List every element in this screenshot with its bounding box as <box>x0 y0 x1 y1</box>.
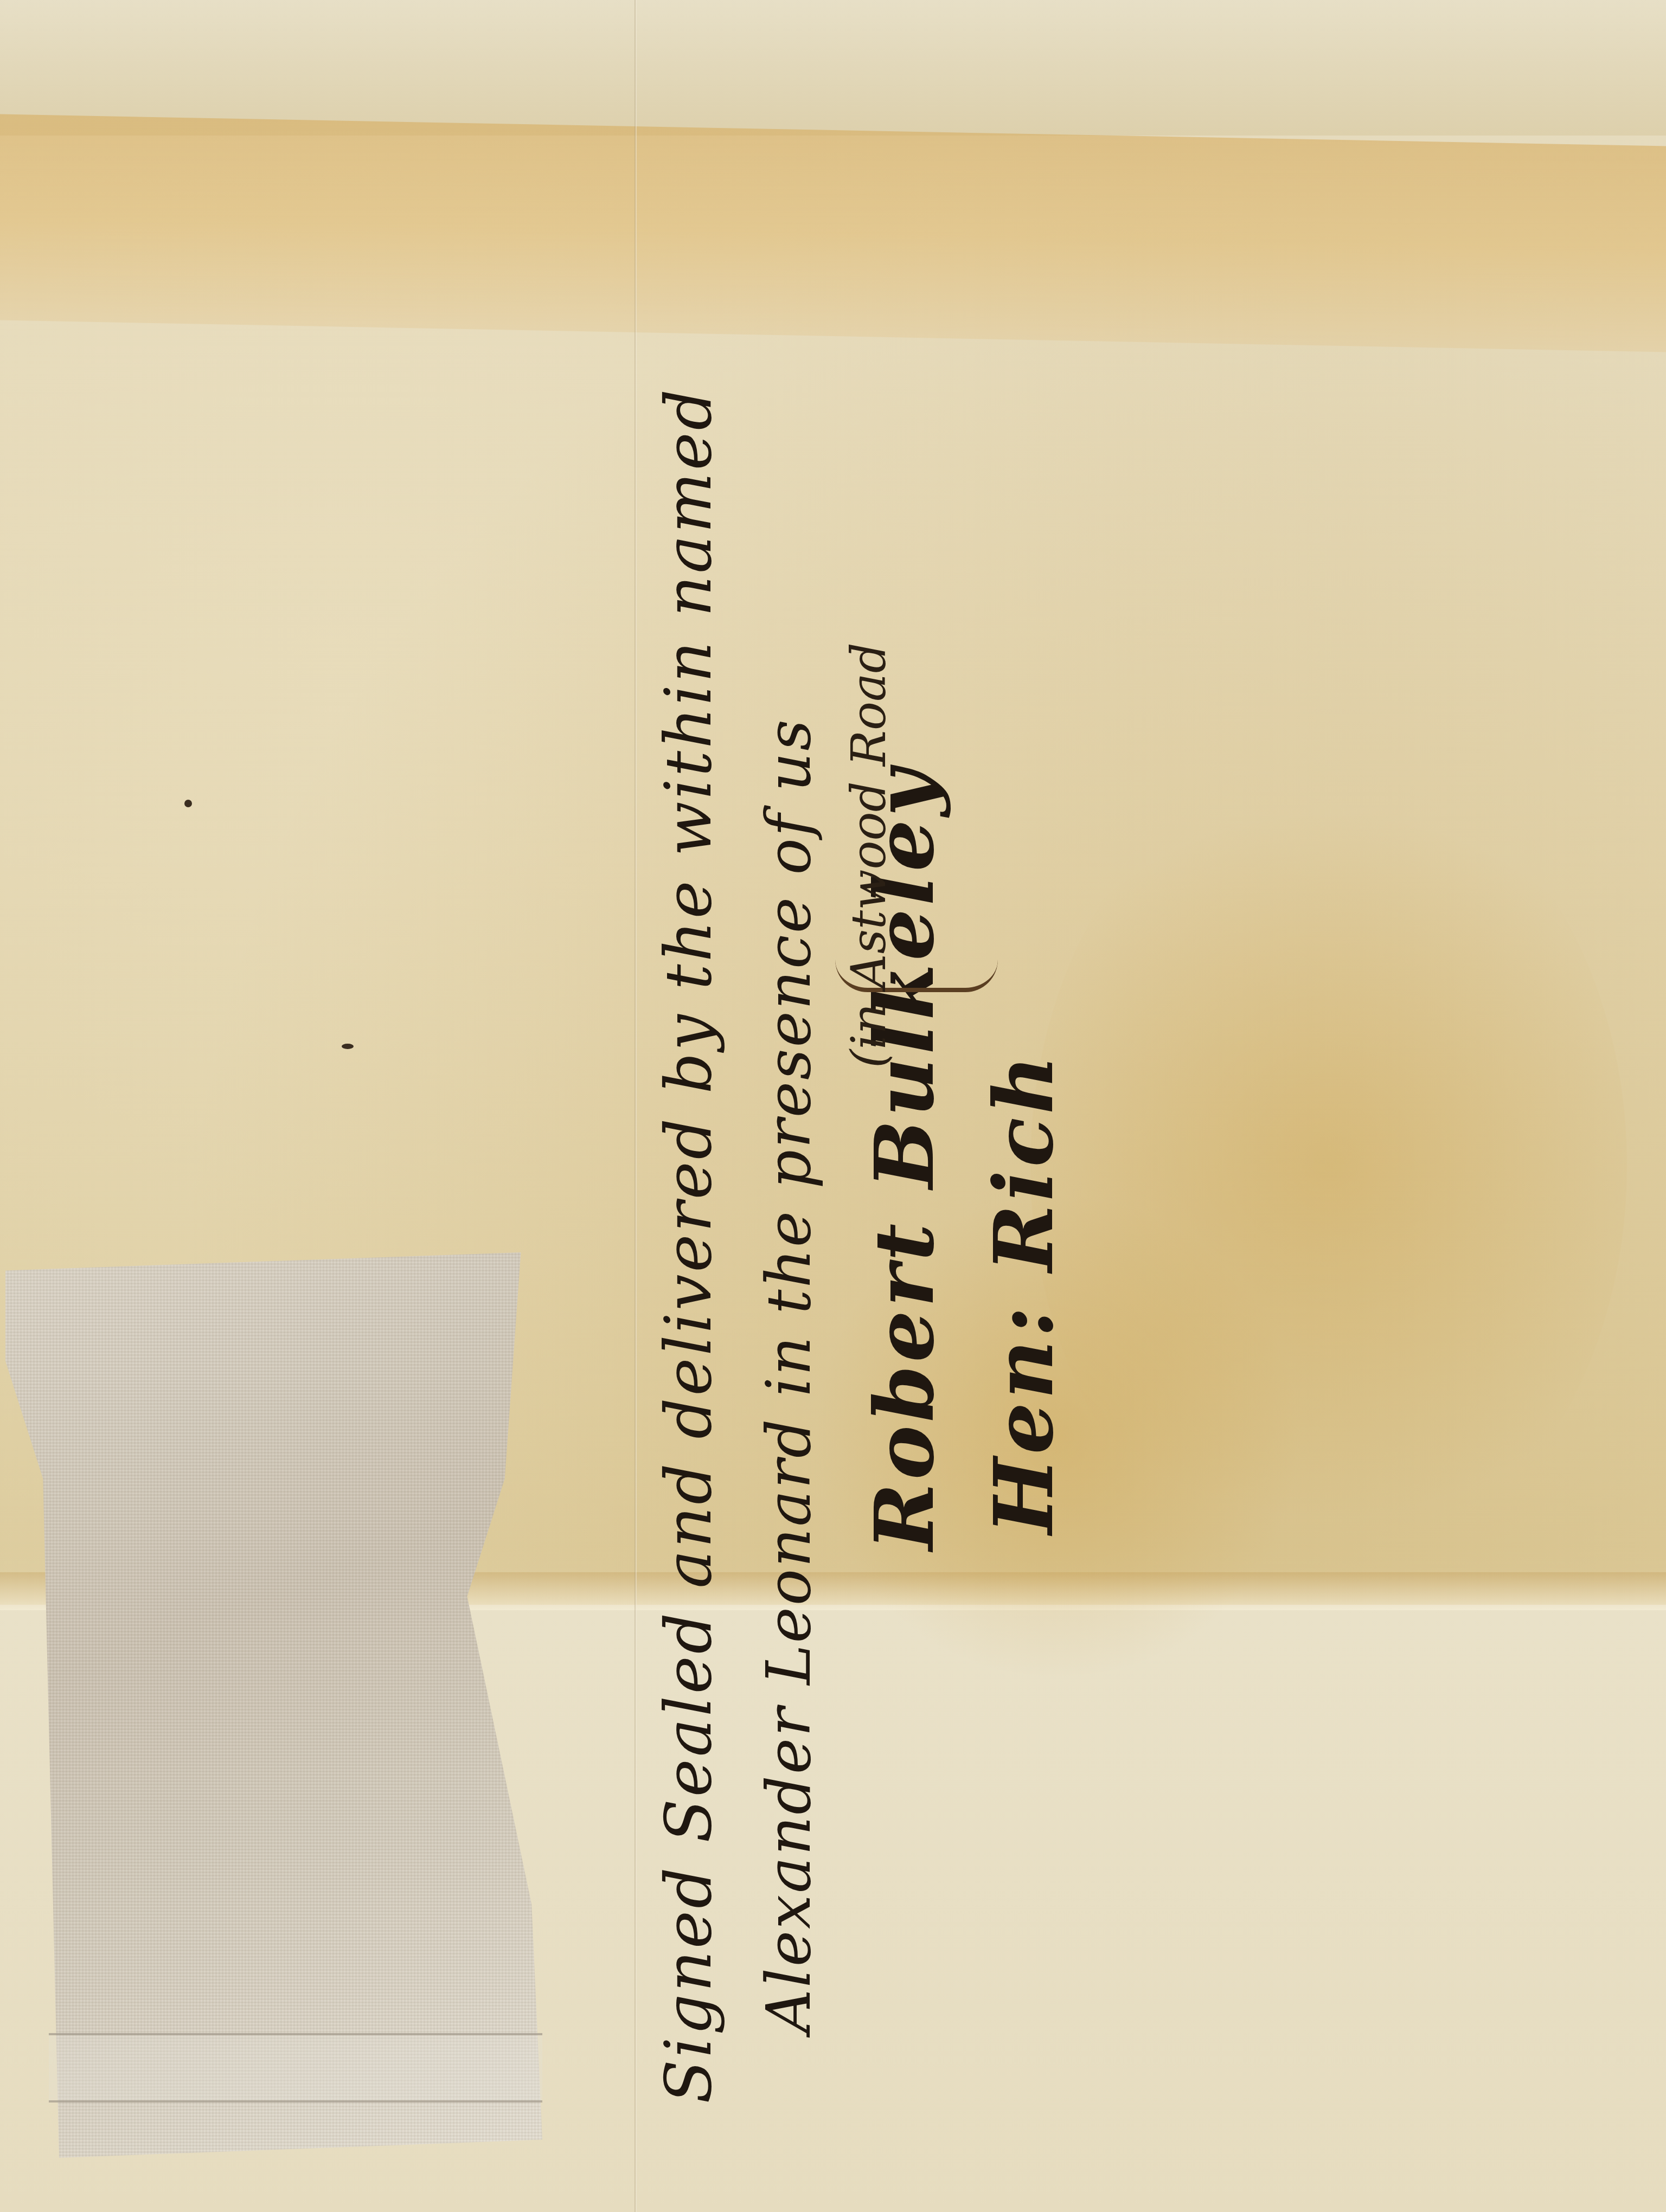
top-fold-panel <box>0 0 1666 136</box>
linen-seal-bag <box>5 1252 542 2158</box>
ink-spot <box>184 800 192 807</box>
fold-stain-band <box>0 114 1666 352</box>
witness-signature-2: Hen: Rich <box>976 1052 1072 1534</box>
handwritten-endorsement: Signed Sealed and delivered by the withi… <box>629 586 1090 2104</box>
seal-bag-hem <box>49 2033 542 2102</box>
margin-annotation: (in Astwood Road <box>841 642 896 1068</box>
ink-spot <box>342 1044 354 1049</box>
endorsement-line-2: Alexander Leonard in the presence of us <box>754 718 824 2033</box>
show-through-text <box>22 304 249 954</box>
endorsement-line-1: Signed Sealed and delivered by the withi… <box>651 387 726 2104</box>
